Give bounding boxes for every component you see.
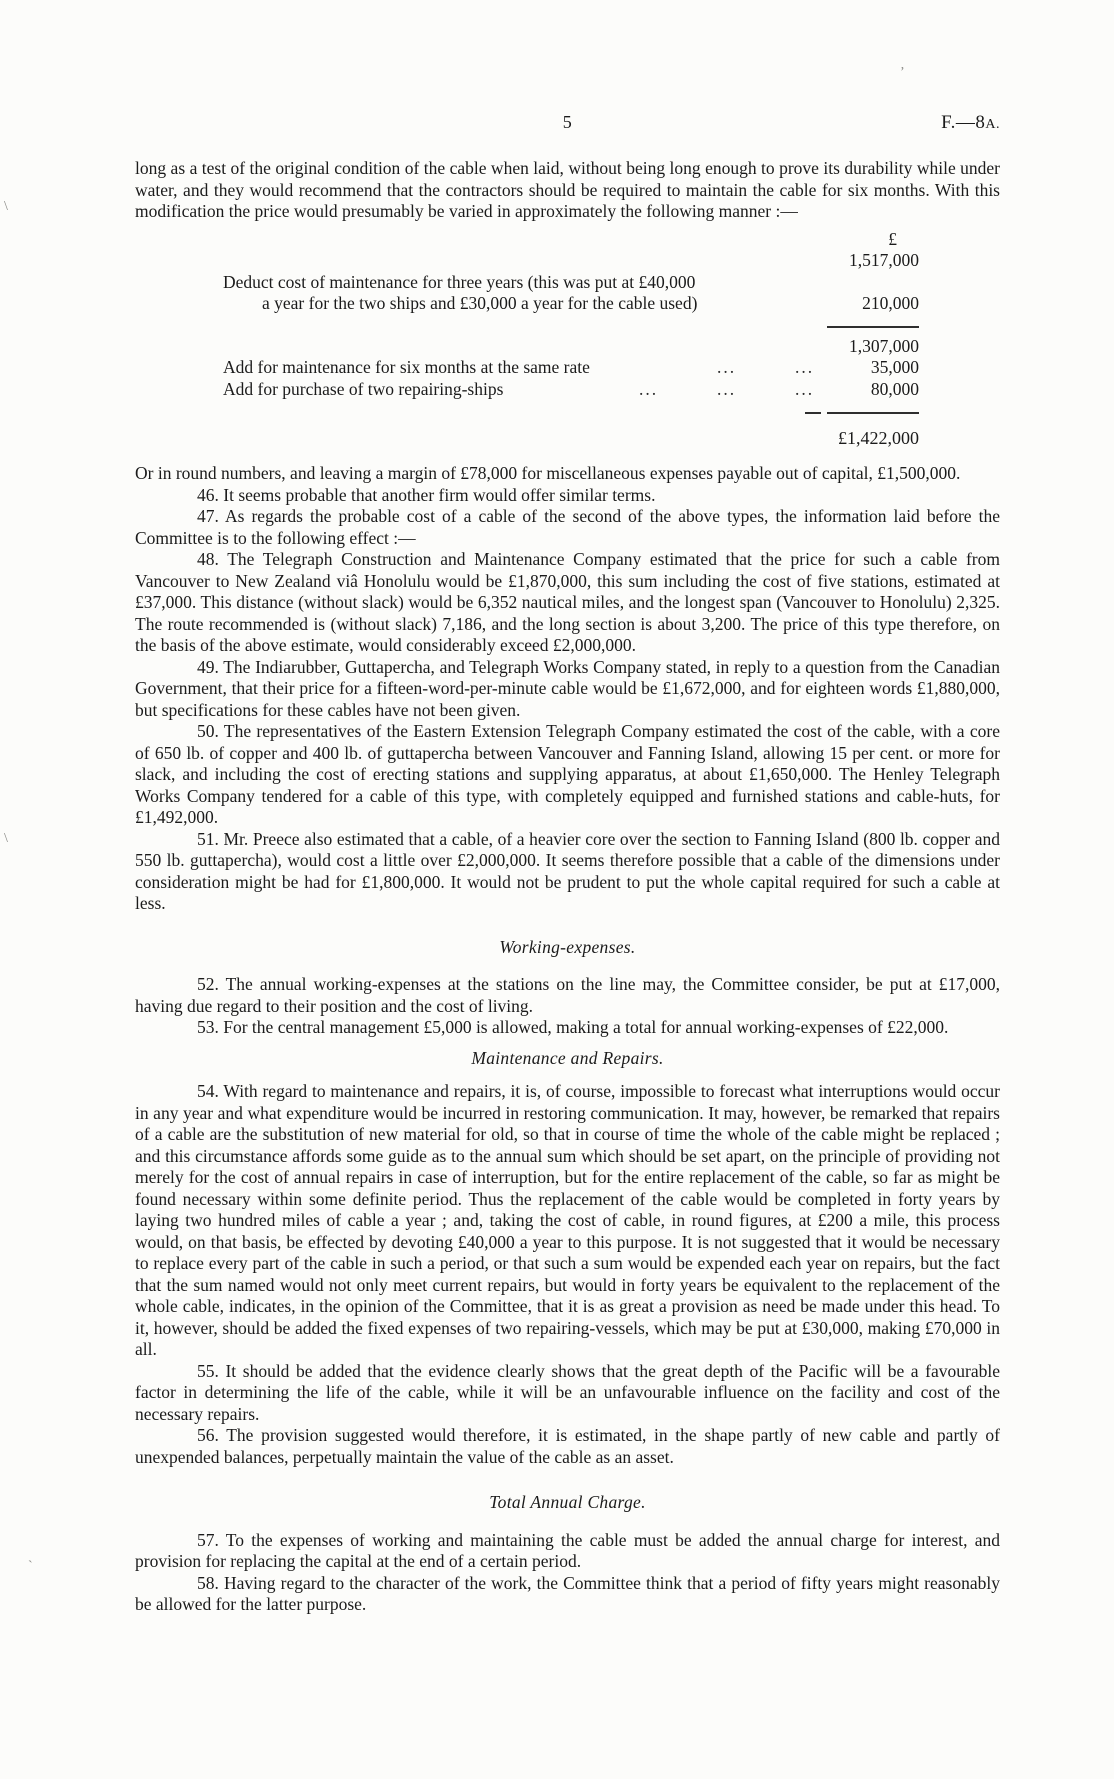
- paragraph-50: 50. The representatives of the Eastern E…: [135, 721, 1000, 829]
- add-row-maintenance: Add for maintenance for six months at th…: [135, 357, 1000, 379]
- total-value: £1,422,000: [838, 428, 919, 450]
- subtotal-value: 1,307,000: [849, 336, 919, 358]
- add-row-value: 35,000: [871, 357, 919, 379]
- add-row-value: 80,000: [871, 379, 919, 401]
- paragraph-55: 55. It should be added that the evidence…: [135, 1361, 1000, 1426]
- subtotal-row: 1,307,000: [135, 336, 1000, 358]
- currency-symbol: £: [888, 229, 897, 251]
- scan-artifact: `: [28, 1556, 33, 1578]
- document-page: ’ \ \ ` 5 F.—8A. long as a test of the o…: [0, 0, 1114, 1779]
- leader-dots: ...: [795, 379, 814, 401]
- deduct-row: Deduct cost of maintenance for three yea…: [135, 272, 1000, 315]
- scan-artifact: \: [4, 196, 8, 218]
- document-reference-main: F.—8: [941, 112, 985, 133]
- deduct-label-line1: Deduct cost of maintenance for three yea…: [135, 272, 1000, 294]
- paragraph-48: 48. The Telegraph Construction and Maint…: [135, 549, 1000, 657]
- paragraph-47: 47. As regards the probable cost of a ca…: [135, 506, 1000, 549]
- rule-dash: [805, 412, 821, 414]
- paragraph-49: 49. The Indiarubber, Guttapercha, and Te…: [135, 657, 1000, 722]
- add-row-ships: Add for purchase of two repairing-ships …: [135, 379, 1000, 401]
- intro-paragraph: long as a test of the original condition…: [135, 158, 1000, 223]
- statement-rule: [827, 326, 919, 328]
- paragraph-54: 54. With regard to maintenance and repai…: [135, 1081, 1000, 1361]
- paragraph-51: 51. Mr. Preece also estimated that a cab…: [135, 829, 1000, 915]
- paragraph-round-numbers: Or in round numbers, and leaving a margi…: [135, 463, 1000, 485]
- leader-dots: ...: [795, 357, 814, 379]
- page-number: 5: [135, 112, 1000, 134]
- document-reference: F.—8A.: [941, 112, 1000, 136]
- leader-dots: ...: [639, 379, 658, 401]
- scan-artifact: ’: [900, 62, 905, 84]
- total-row: £1,422,000: [135, 425, 1000, 449]
- paragraph-56: 56. The provision suggested would theref…: [135, 1425, 1000, 1468]
- paragraph-52: 52. The annual working-expenses at the s…: [135, 974, 1000, 1017]
- paragraph-46: 46. It seems probable that another firm …: [135, 485, 1000, 507]
- running-head: 5 F.—8A.: [135, 112, 1000, 142]
- add-row-label: Add for maintenance for six months at th…: [135, 357, 590, 377]
- paragraph-53: 53. For the central management £5,000 is…: [135, 1017, 1000, 1039]
- add-row-label: Add for purchase of two repairing-ships: [135, 379, 503, 399]
- cost-statement: £ 1,517,000 Deduct cost of maintenance f…: [135, 229, 1000, 450]
- heading-maintenance-repairs: Maintenance and Repairs.: [135, 1048, 1000, 1070]
- opening-value-row: 1,517,000: [135, 250, 1000, 272]
- statement-total-rule: [135, 412, 919, 414]
- heading-working-expenses: Working-expenses.: [135, 937, 1000, 959]
- opening-value: 1,517,000: [849, 250, 919, 272]
- text-block: 5 F.—8A. long as a test of the original …: [135, 112, 1000, 1616]
- document-reference-suffix: A.: [985, 117, 1000, 132]
- rule-line: [827, 412, 919, 414]
- currency-header-row: £: [135, 229, 1000, 251]
- heading-total-annual-charge: Total Annual Charge.: [135, 1492, 1000, 1514]
- leader-dots: ...: [717, 357, 736, 379]
- paragraph-57: 57. To the expenses of working and maint…: [135, 1530, 1000, 1573]
- scan-artifact: \: [4, 828, 8, 850]
- leader-dots: ...: [717, 379, 736, 401]
- paragraph-58: 58. Having regard to the character of th…: [135, 1573, 1000, 1616]
- deduct-value: 210,000: [862, 293, 919, 315]
